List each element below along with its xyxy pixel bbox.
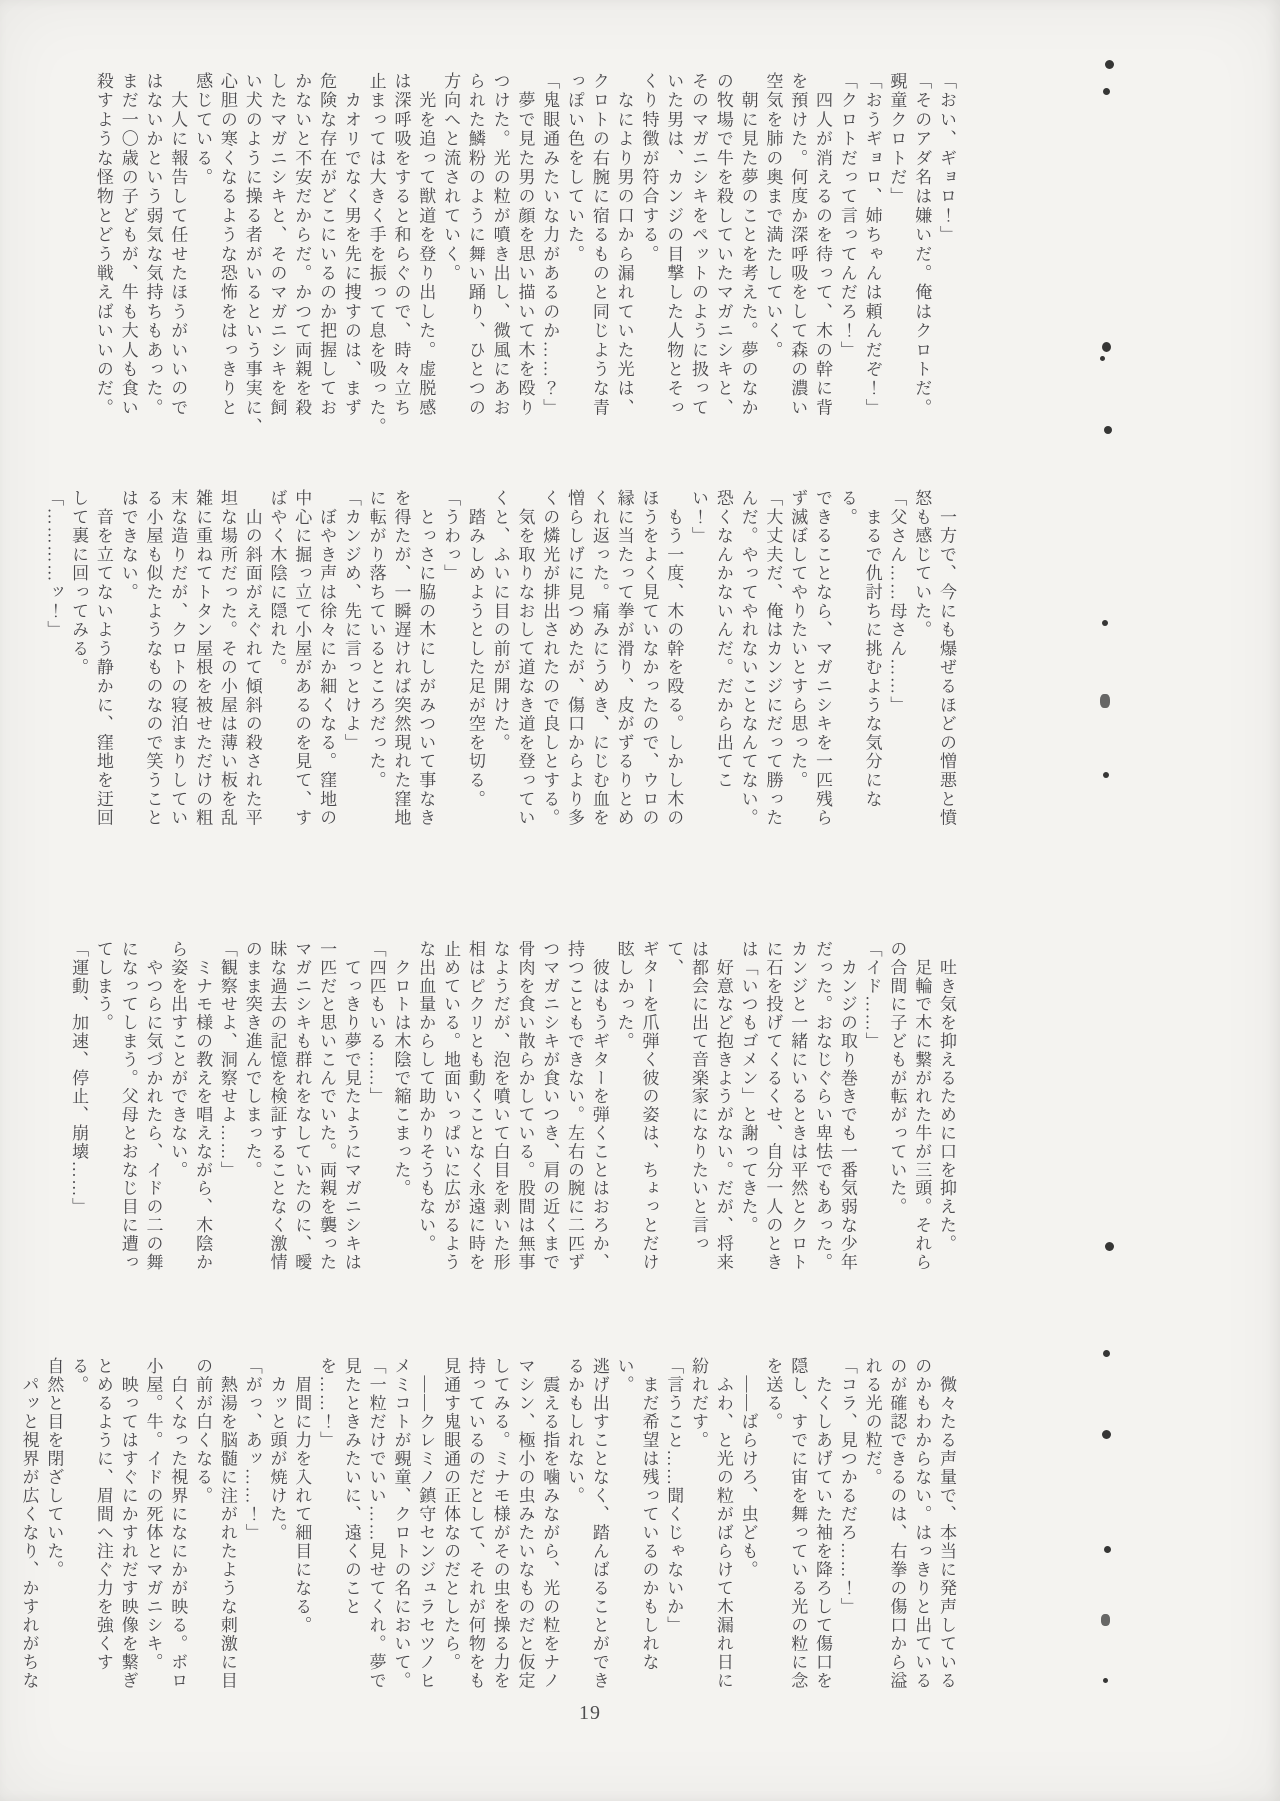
scan-artifact-dot [1103, 1678, 1108, 1683]
text-block-4: 微々たる声量で、本当に発声している のかもわからない。はっきりと出ている のが確… [16, 1357, 958, 1707]
scan-artifact-dot [1102, 620, 1108, 626]
scan-artifact-dot [1103, 772, 1109, 778]
page-number: 19 [520, 1702, 660, 1725]
scan-artifact-dot [1103, 1350, 1110, 1357]
scan-artifact-smudge [1101, 1614, 1110, 1626]
text-block-2: 一方で、今にも爆ぜるほどの憎悪と憤 怒も感じていた。 「父さん……母さん……」 … [41, 489, 958, 843]
scan-artifact-dot [1104, 426, 1112, 434]
text-block-3: 吐き気を抑えるために口を抑えた。 足輪で木に繋がれた牛が三頭。それら の合間に子… [65, 940, 958, 1288]
scan-artifact-smudge [1100, 694, 1110, 708]
text-block-1: 「おい、ギョロ！」 「そのアダ名は嫌いだ。俺はクロトだ。 覡童クロトだ」 「おう… [90, 72, 958, 440]
scan-artifact-dot [1100, 356, 1105, 361]
scan-artifact-dot [1102, 1430, 1111, 1439]
scan-artifact-dot [1105, 60, 1114, 69]
scan-artifact-dot [1104, 1546, 1111, 1553]
scanned-book-page: 「おい、ギョロ！」 「そのアダ名は嫌いだ。俺はクロトだ。 覡童クロトだ」 「おう… [0, 0, 1280, 1801]
scan-artifact-dot [1102, 342, 1111, 352]
scan-artifact-dot [1105, 1242, 1114, 1251]
scan-artifact-dot [1103, 88, 1110, 95]
